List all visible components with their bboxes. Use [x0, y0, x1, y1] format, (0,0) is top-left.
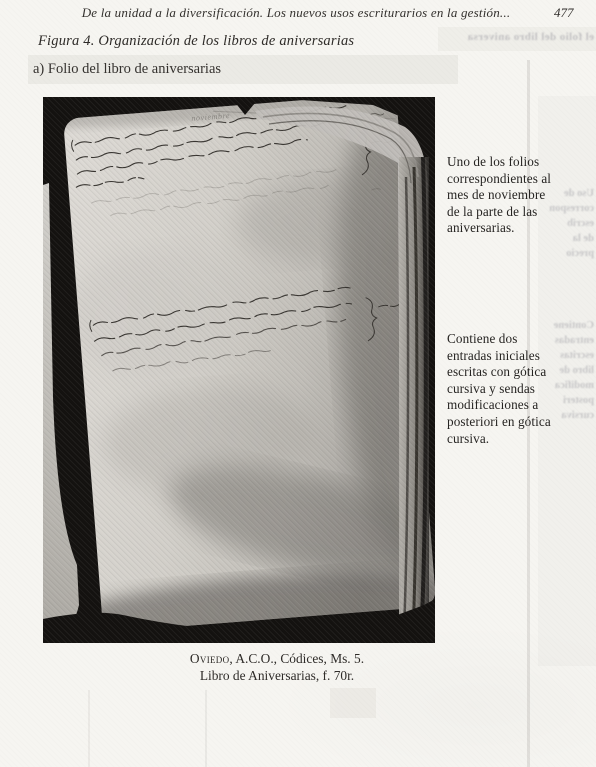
scan-blotch-square	[330, 688, 376, 718]
parchment-page: noviembre	[43, 97, 435, 643]
scanned-book-page: { "header": { "title": "De la unidad a l…	[0, 0, 596, 767]
manuscript-photo-art: noviembre	[43, 97, 435, 643]
scan-streak	[88, 690, 90, 767]
photo-credit-line-2: Libro de Aniversarias, f. 70r.	[117, 668, 437, 685]
photo-credit-line-1: Oviedo, A.C.O., Códices, Ms. 5.	[117, 651, 437, 668]
figure-item-label: a) Folio del libro de aniversarias	[33, 61, 221, 78]
page-number: 477	[554, 5, 574, 21]
photo-credit: Oviedo, A.C.O., Códices, Ms. 5. Libro de…	[117, 651, 437, 684]
scan-streak	[205, 690, 207, 767]
scan-blotch-topright	[438, 27, 596, 51]
figure-caption: Figura 4. Organización de los libros de …	[38, 33, 354, 50]
manuscript-photo: noviembre	[43, 97, 435, 643]
archive-name: Oviedo	[190, 651, 229, 666]
running-header-title: De la unidad a la diversificación. Los n…	[56, 5, 536, 21]
annotation-1: Uno de los folios correspondientes al me…	[447, 154, 587, 237]
credit-reference: , A.C.O., Códices, Ms. 5.	[229, 651, 364, 666]
annotation-2: Contiene dos entradas iniciales escritas…	[447, 331, 587, 447]
